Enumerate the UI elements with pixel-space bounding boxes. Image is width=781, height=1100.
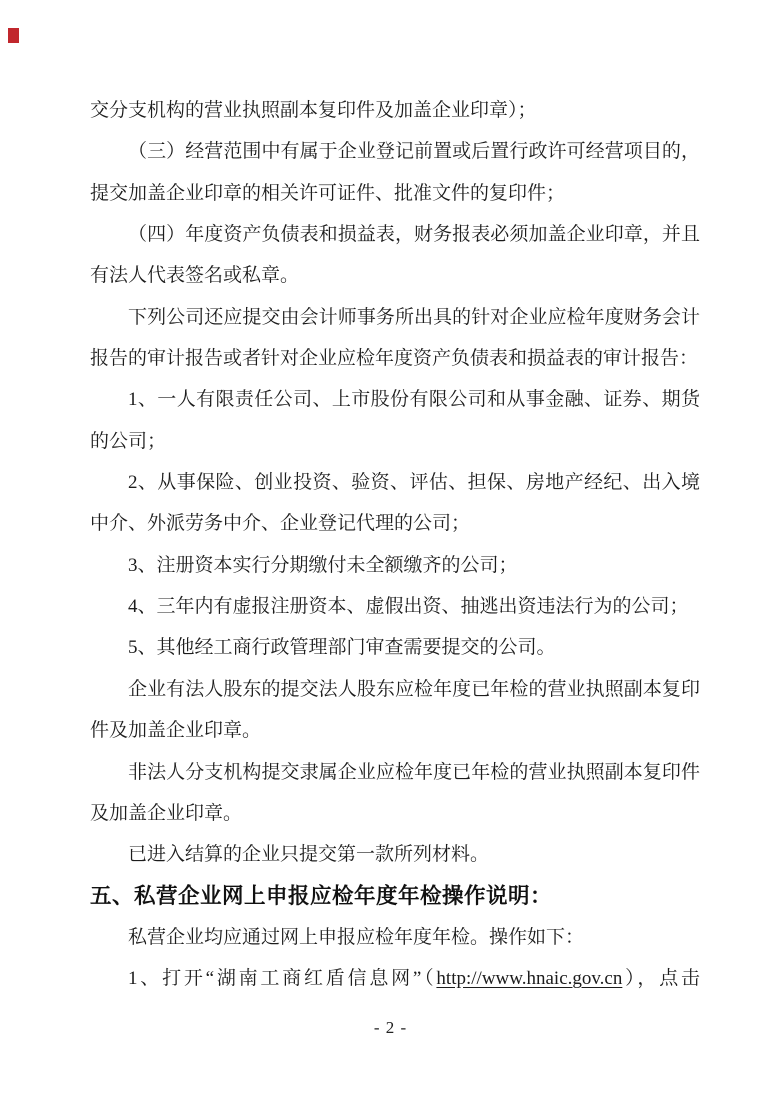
body-line: 非法人分支机构提交隶属企业应检年度已年检的营业执照副本复印件 <box>90 752 700 793</box>
url-link[interactable]: http://www.hnaic.gov.cn <box>436 968 622 989</box>
body-line: 提交加盖企业印章的相关许可证件、批准文件的复印件； <box>90 173 700 214</box>
body-line: 件及加盖企业印章。 <box>90 710 700 751</box>
link-line: 1、打开“湖南工商红盾信息网”（http://www.hnaic.gov.cn）… <box>90 958 700 999</box>
body-line: 已进入结算的企业只提交第一款所列材料。 <box>90 834 700 875</box>
list-item-5: 5、其他经工商行政管理部门审查需要提交的公司。 <box>90 627 700 668</box>
body-line: 的公司； <box>90 421 700 462</box>
list-item-4: 4、三年内有虚报注册资本、虚假出资、抽逃出资违法行为的公司； <box>90 586 700 627</box>
list-item-1: 1、一人有限责任公司、上市股份有限公司和从事金融、证券、期货 <box>90 379 700 420</box>
list-item-2: 2、从事保险、创业投资、验资、评估、担保、房地产经纪、出入境 <box>90 462 700 503</box>
body-line: （四）年度资产负债表和损益表，财务报表必须加盖企业印章，并且 <box>90 214 700 255</box>
body-line: 企业有法人股东的提交法人股东应检年度已年检的营业执照副本复印 <box>90 669 700 710</box>
body-line: 私营企业均应通过网上申报应检年度年检。操作如下： <box>90 917 700 958</box>
document-body: 交分支机构的营业执照副本复印件及加盖企业印章）； （三）经营范围中有属于企业登记… <box>90 90 700 1000</box>
body-line: 有法人代表签名或私章。 <box>90 255 700 296</box>
red-artifact-mark <box>8 28 19 43</box>
body-line: （三）经营范围中有属于企业登记前置或后置行政许可经营项目的， <box>90 131 700 172</box>
body-line: 报告的审计报告或者针对企业应检年度资产负债表和损益表的审计报告： <box>90 338 700 379</box>
body-line: 下列公司还应提交由会计师事务所出具的针对企业应检年度财务会计 <box>90 297 700 338</box>
section-heading: 五、私营企业网上申报应检年度年检操作说明： <box>90 876 700 917</box>
body-line: 中介、外派劳务中介、企业登记代理的公司； <box>90 503 700 544</box>
link-line-pre: 1、打开“湖南工商红盾信息网”（ <box>128 968 436 989</box>
link-line-post: ），点击 <box>622 968 700 989</box>
body-line: 及加盖企业印章。 <box>90 793 700 834</box>
document-page: 交分支机构的营业执照副本复印件及加盖企业印章）； （三）经营范围中有属于企业登记… <box>0 0 781 1100</box>
list-item-3: 3、注册资本实行分期缴付未全额缴齐的公司； <box>90 545 700 586</box>
body-line: 交分支机构的营业执照副本复印件及加盖企业印章）； <box>90 90 700 131</box>
page-number: - 2 - <box>0 1018 781 1038</box>
